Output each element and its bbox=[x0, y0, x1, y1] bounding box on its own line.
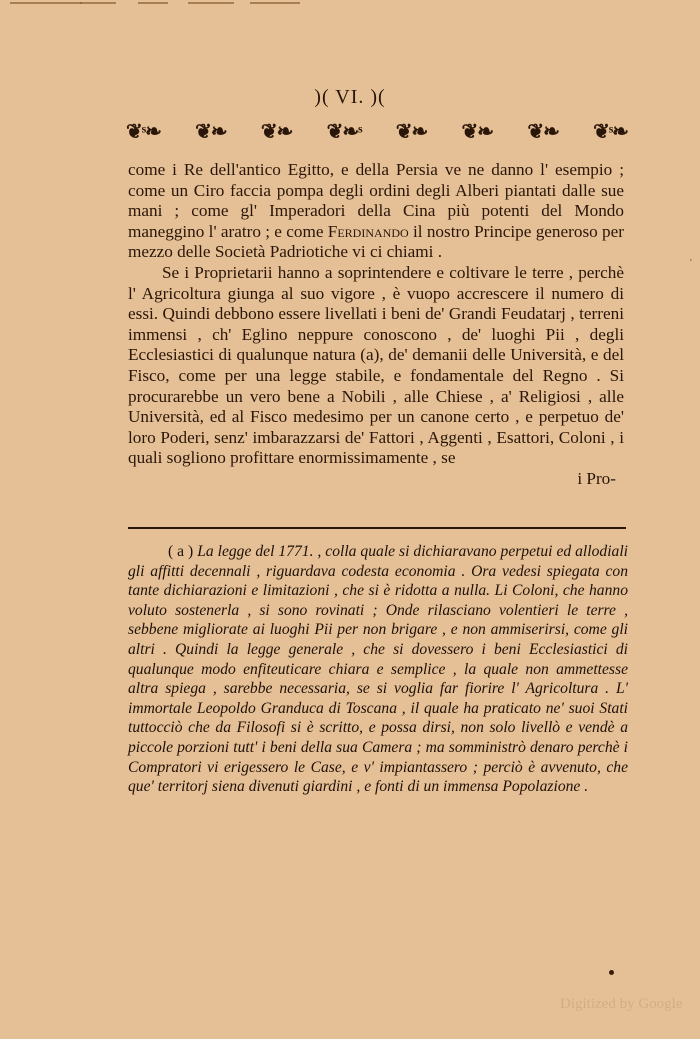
top-edge-rule bbox=[188, 2, 234, 4]
fleuron-icon: ❦❧ bbox=[462, 119, 494, 144]
catchword: i Pro- bbox=[128, 469, 624, 490]
fleuron-icon: ❦❧ˢ bbox=[327, 119, 362, 144]
footnote-paragraph: ( a ) La legge del 1771. , colla quale s… bbox=[128, 542, 628, 797]
watermark: Digitized by Google bbox=[560, 996, 682, 1013]
fleuron-icon: ❦ˢ❧ bbox=[593, 119, 628, 144]
fleuron-icon: ❦❧ bbox=[195, 119, 227, 144]
fleuron-icon: ❦❧ bbox=[261, 119, 293, 144]
ink-speck bbox=[609, 970, 614, 975]
margin-mark: ' bbox=[690, 258, 692, 269]
footnote: ( a ) La legge del 1771. , colla quale s… bbox=[128, 542, 628, 797]
main-text: come i Re dell'antico Egitto, e della Pe… bbox=[128, 160, 624, 490]
footnote-separator bbox=[128, 527, 626, 529]
fleuron-icon: ❦ˢ❧ bbox=[126, 119, 161, 144]
decorative-ornament-band: ❦ˢ❧ ❦❧ ❦❧ ❦❧ˢ ❦❧ ❦❧ ❦❧ ❦ˢ❧ bbox=[126, 118, 628, 144]
top-edge-rule bbox=[80, 2, 116, 4]
paragraph-continuation: come i Re dell'antico Egitto, e della Pe… bbox=[128, 160, 624, 263]
footnote-text: La legge del 1771. , colla quale si dich… bbox=[128, 543, 628, 795]
top-edge-rule bbox=[10, 2, 82, 4]
footnote-marker: ( a ) bbox=[168, 543, 193, 560]
page-number-header: )( VI. )( bbox=[0, 86, 700, 109]
name-small-caps: Ferdinando bbox=[328, 222, 409, 241]
paragraph: Se i Proprietarii hanno a soprintendere … bbox=[128, 263, 624, 469]
fleuron-icon: ❦❧ bbox=[396, 119, 428, 144]
top-edge-rule bbox=[250, 2, 300, 4]
top-edge-rule bbox=[138, 2, 168, 4]
fleuron-icon: ❦❧ bbox=[527, 119, 559, 144]
